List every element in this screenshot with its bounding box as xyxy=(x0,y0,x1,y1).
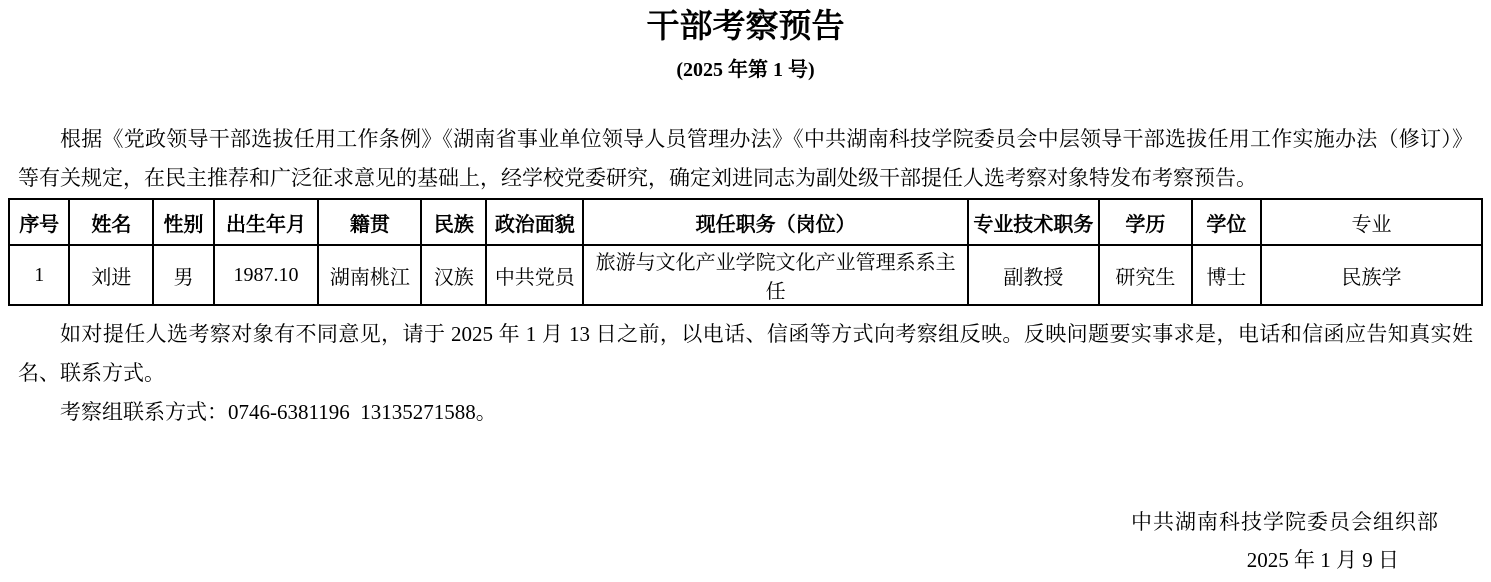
cell-professional-title: 副教授 xyxy=(968,245,1099,305)
header-cell-birthplace: 籍贯 xyxy=(318,199,421,245)
page-title: 干部考察预告 xyxy=(18,8,1473,46)
header-cell-major: 专业 xyxy=(1261,199,1482,245)
issuer-signature: 中共湖南科技学院委员会组织部 xyxy=(18,509,1473,535)
cell-gender: 男 xyxy=(153,245,213,305)
header-cell-education: 学历 xyxy=(1099,199,1192,245)
feedback-paragraph: 如对提任人选考察对象有不同意见，请于 2025 年 1 月 13 日之前，以电话… xyxy=(18,315,1473,393)
header-cell-serial: 序号 xyxy=(9,199,69,245)
document-page: 干部考察预告 (2025 年第 1 号) 根据《党政领导干部选拔任用工作条例》《… xyxy=(0,0,1491,582)
header-cell-name: 姓名 xyxy=(69,199,153,245)
contact-paragraph: 考察组联系方式：0746-6381196 13135271588。 xyxy=(18,393,1473,432)
header-cell-ethnicity: 民族 xyxy=(421,199,486,245)
cell-birthdate: 1987.10 xyxy=(214,245,319,305)
table-row: 1 刘进 男 1987.10 湖南桃江 汉族 中共党员 旅游与文化产业学院文化产… xyxy=(9,245,1482,305)
cell-major: 民族学 xyxy=(1261,245,1482,305)
header-cell-degree: 学位 xyxy=(1192,199,1261,245)
issue-date: 2025 年 1 月 9 日 xyxy=(18,547,1473,573)
document-number-subtitle: (2025 年第 1 号) xyxy=(18,58,1473,82)
candidate-table: 序号 姓名 性别 出生年月 籍贯 民族 政治面貌 现任职务（岗位） 专业技术职务… xyxy=(8,198,1483,306)
header-cell-gender: 性别 xyxy=(153,199,213,245)
cell-ethnicity: 汉族 xyxy=(421,245,486,305)
table-header-row: 序号 姓名 性别 出生年月 籍贯 民族 政治面貌 现任职务（岗位） 专业技术职务… xyxy=(9,199,1482,245)
cell-education: 研究生 xyxy=(1099,245,1192,305)
cell-serial: 1 xyxy=(9,245,69,305)
header-cell-political-status: 政治面貌 xyxy=(486,199,583,245)
header-cell-birthdate: 出生年月 xyxy=(214,199,319,245)
header-cell-professional-title: 专业技术职务 xyxy=(968,199,1099,245)
cell-birthplace: 湖南桃江 xyxy=(318,245,421,305)
cell-current-position: 旅游与文化产业学院文化产业管理系系主任 xyxy=(583,245,967,305)
cell-degree: 博士 xyxy=(1192,245,1261,305)
cell-name: 刘进 xyxy=(69,245,153,305)
cell-political-status: 中共党员 xyxy=(486,245,583,305)
intro-paragraph: 根据《党政领导干部选拔任用工作条例》《湖南省事业单位领导人员管理办法》《中共湖南… xyxy=(18,120,1473,198)
header-cell-current-position: 现任职务（岗位） xyxy=(583,199,967,245)
